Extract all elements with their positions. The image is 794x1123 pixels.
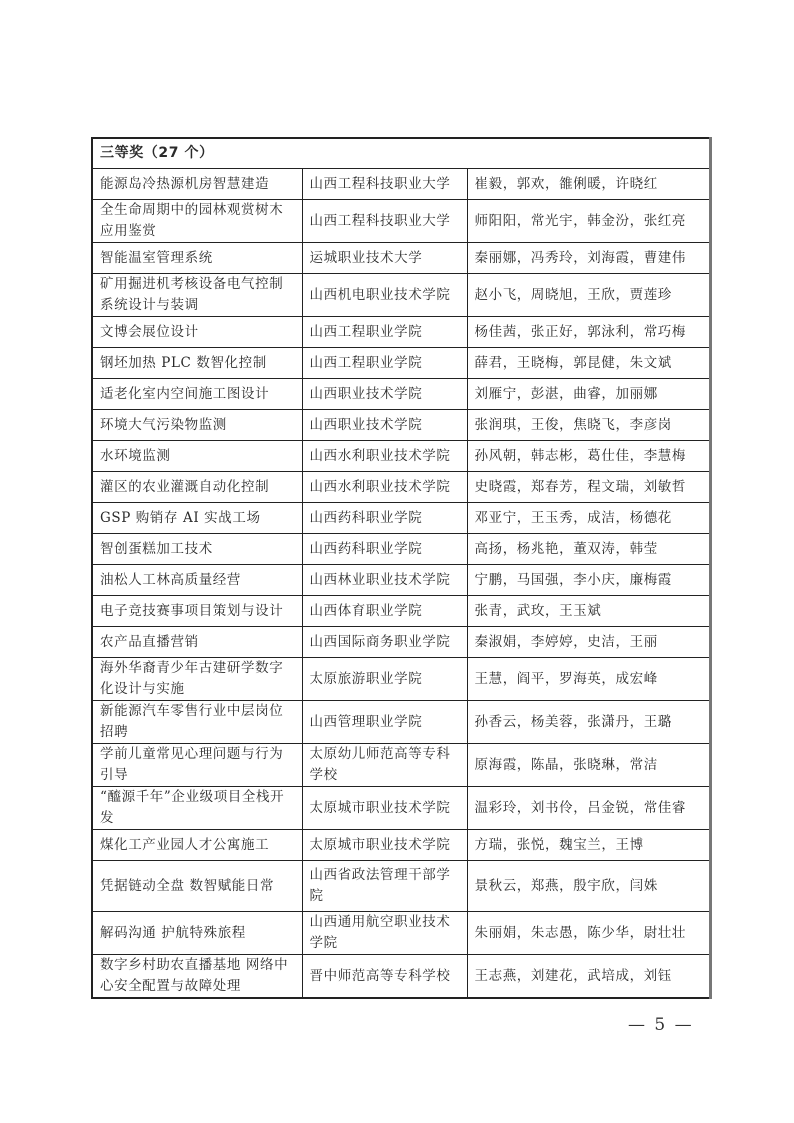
team-members-cell: 孙香云，杨美蓉，张潇丹，王璐: [467, 701, 710, 744]
team-members-cell: 温彩玲，刘书伶，吕金锐，常佳睿: [467, 787, 710, 830]
project-name-cell: 新能源汽车零售行业中层岗位招聘: [92, 701, 302, 744]
project-name-cell: 矿用掘进机考核设备电气控制系统设计与装调: [92, 274, 302, 317]
table-row: 环境大气污染物监测山西职业技术学院张润琪，王俊，焦晓飞，李彦岗: [92, 410, 710, 441]
team-members-cell: 朱丽娟，朱志愚，陈少华，尉壮壮: [467, 912, 710, 955]
team-members-cell: 方瑞，张悦，魏宝兰，王博: [467, 830, 710, 861]
team-members-cell: 景秋云，郑燕，殷宇欣，闫姝: [467, 861, 710, 912]
school-name-cell: 山西国际商务职业学院: [302, 627, 467, 658]
school-name-cell: 山西管理职业学院: [302, 701, 467, 744]
project-name-cell: 智创蛋糕加工技术: [92, 534, 302, 565]
team-members-cell: 刘雁宁，彭湛，曲睿，加丽娜: [467, 379, 710, 410]
project-name-cell: 学前儿童常见心理问题与行为引导: [92, 744, 302, 787]
table-row: 水环境监测山西水利职业技术学院孙风朝，韩志彬，葛仕佳，李慧梅: [92, 441, 710, 472]
section-title: 三等奖（27 个）: [92, 138, 710, 169]
team-members-cell: 杨佳茜，张正好，郭泳利，常巧梅: [467, 317, 710, 348]
project-name-cell: 灌区的农业灌溉自动化控制: [92, 472, 302, 503]
table-row: 全生命周期中的园林观赏树木应用鉴赏山西工程科技职业大学师阳阳，常光宇，韩金汾，张…: [92, 200, 710, 243]
school-name-cell: 山西职业技术学院: [302, 410, 467, 441]
table-row: 矿用掘进机考核设备电气控制系统设计与装调山西机电职业技术学院赵小飞，周晓旭，王欣…: [92, 274, 710, 317]
table-row: 文博会展位设计山西工程职业学院杨佳茜，张正好，郭泳利，常巧梅: [92, 317, 710, 348]
school-name-cell: 山西工程职业学院: [302, 317, 467, 348]
table-row: 学前儿童常见心理问题与行为引导太原幼儿师范高等专科学校原海霞，陈晶，张晓琳，常洁: [92, 744, 710, 787]
project-name-cell: 文博会展位设计: [92, 317, 302, 348]
school-name-cell: 太原城市职业技术学院: [302, 830, 467, 861]
team-members-cell: 薛君，王晓梅，郭昆健，朱文斌: [467, 348, 710, 379]
project-name-cell: 钢坯加热 PLC 数智化控制: [92, 348, 302, 379]
school-name-cell: 山西工程科技职业大学: [302, 169, 467, 200]
team-members-cell: 师阳阳，常光宇，韩金汾，张红亮: [467, 200, 710, 243]
project-name-cell: 油松人工林高质量经营: [92, 565, 302, 596]
table-row: 解码沟通 护航特殊旅程山西通用航空职业技术学院朱丽娟，朱志愚，陈少华，尉壮壮: [92, 912, 710, 955]
section-header-row: 三等奖（27 个）: [92, 138, 710, 169]
project-name-cell: 环境大气污染物监测: [92, 410, 302, 441]
project-name-cell: 全生命周期中的园林观赏树木应用鉴赏: [92, 200, 302, 243]
table-row: “醯源千年”企业级项目全栈开发太原城市职业技术学院温彩玲，刘书伶，吕金锐，常佳睿: [92, 787, 710, 830]
team-members-cell: 秦丽娜，冯秀玲，刘海霞，曹建伟: [467, 243, 710, 274]
school-name-cell: 太原城市职业技术学院: [302, 787, 467, 830]
school-name-cell: 山西药科职业学院: [302, 534, 467, 565]
team-members-cell: 高扬，杨兆艳，董双涛，韩莹: [467, 534, 710, 565]
page-number: — 5 —: [628, 1015, 694, 1035]
team-members-cell: 宁鹏，马国强，李小庆，廉梅霞: [467, 565, 710, 596]
project-name-cell: 煤化工产业园人才公寓施工: [92, 830, 302, 861]
school-name-cell: 运城职业技术大学: [302, 243, 467, 274]
team-members-cell: 原海霞，陈晶，张晓琳，常洁: [467, 744, 710, 787]
school-name-cell: 山西林业职业技术学院: [302, 565, 467, 596]
school-name-cell: 山西工程职业学院: [302, 348, 467, 379]
team-members-cell: 邓亚宁，王玉秀，成洁，杨德花: [467, 503, 710, 534]
project-name-cell: 电子竞技赛事项目策划与设计: [92, 596, 302, 627]
table-row: 煤化工产业园人才公寓施工太原城市职业技术学院方瑞，张悦，魏宝兰，王博: [92, 830, 710, 861]
school-name-cell: 山西工程科技职业大学: [302, 200, 467, 243]
table-row: 新能源汽车零售行业中层岗位招聘山西管理职业学院孙香云，杨美蓉，张潇丹，王璐: [92, 701, 710, 744]
school-name-cell: 山西水利职业技术学院: [302, 441, 467, 472]
table-row: 凭据链动全盘 数智赋能日常山西省政法管理干部学院景秋云，郑燕，殷宇欣，闫姝: [92, 861, 710, 912]
table-row: GSP 购销存 AI 实战工场山西药科职业学院邓亚宁，王玉秀，成洁，杨德花: [92, 503, 710, 534]
school-name-cell: 太原旅游职业学院: [302, 658, 467, 701]
school-name-cell: 山西体育职业学院: [302, 596, 467, 627]
team-members-cell: 张润琪，王俊，焦晓飞，李彦岗: [467, 410, 710, 441]
table-row: 适老化室内空间施工图设计山西职业技术学院刘雁宁，彭湛，曲睿，加丽娜: [92, 379, 710, 410]
table-row: 智能温室管理系统运城职业技术大学秦丽娜，冯秀玲，刘海霞，曹建伟: [92, 243, 710, 274]
school-name-cell: 晋中师范高等专科学校: [302, 955, 467, 999]
project-name-cell: “醯源千年”企业级项目全栈开发: [92, 787, 302, 830]
table-row: 海外华裔青少年古建研学数字化设计与实施太原旅游职业学院王慧，阎平，罗海英，成宏峰: [92, 658, 710, 701]
project-name-cell: 适老化室内空间施工图设计: [92, 379, 302, 410]
school-name-cell: 山西机电职业技术学院: [302, 274, 467, 317]
third-prize-table: 三等奖（27 个） 能源岛冷热源机房智慧建造山西工程科技职业大学崔毅，郭欢，雒俐…: [91, 137, 712, 999]
project-name-cell: 农产品直播营销: [92, 627, 302, 658]
school-name-cell: 山西水利职业技术学院: [302, 472, 467, 503]
school-name-cell: 山西职业技术学院: [302, 379, 467, 410]
table-row: 灌区的农业灌溉自动化控制山西水利职业技术学院史晓霞，郑春芳，程文瑞，刘敏哲: [92, 472, 710, 503]
school-name-cell: 山西通用航空职业技术学院: [302, 912, 467, 955]
team-members-cell: 崔毅，郭欢，雒俐暖，许晓红: [467, 169, 710, 200]
table-row: 电子竞技赛事项目策划与设计山西体育职业学院张青，武玫，王玉斌: [92, 596, 710, 627]
table-row: 钢坯加热 PLC 数智化控制山西工程职业学院薛君，王晓梅，郭昆健，朱文斌: [92, 348, 710, 379]
school-name-cell: 太原幼儿师范高等专科学校: [302, 744, 467, 787]
team-members-cell: 史晓霞，郑春芳，程文瑞，刘敏哲: [467, 472, 710, 503]
table-row: 能源岛冷热源机房智慧建造山西工程科技职业大学崔毅，郭欢，雒俐暖，许晓红: [92, 169, 710, 200]
team-members-cell: 赵小飞，周晓旭，王欣，贾莲珍: [467, 274, 710, 317]
team-members-cell: 孙风朝，韩志彬，葛仕佳，李慧梅: [467, 441, 710, 472]
team-members-cell: 王志燕，刘建花，武培成，刘钰: [467, 955, 710, 999]
table-row: 数字乡村助农直播基地 网络中心安全配置与故障处理晋中师范高等专科学校王志燕，刘建…: [92, 955, 710, 999]
project-name-cell: 海外华裔青少年古建研学数字化设计与实施: [92, 658, 302, 701]
school-name-cell: 山西药科职业学院: [302, 503, 467, 534]
project-name-cell: 解码沟通 护航特殊旅程: [92, 912, 302, 955]
project-name-cell: GSP 购销存 AI 实战工场: [92, 503, 302, 534]
team-members-cell: 张青，武玫，王玉斌: [467, 596, 710, 627]
school-name-cell: 山西省政法管理干部学院: [302, 861, 467, 912]
project-name-cell: 凭据链动全盘 数智赋能日常: [92, 861, 302, 912]
project-name-cell: 智能温室管理系统: [92, 243, 302, 274]
project-name-cell: 水环境监测: [92, 441, 302, 472]
team-members-cell: 秦淑娟，李婷婷，史洁，王丽: [467, 627, 710, 658]
project-name-cell: 数字乡村助农直播基地 网络中心安全配置与故障处理: [92, 955, 302, 999]
table-row: 农产品直播营销山西国际商务职业学院秦淑娟，李婷婷，史洁，王丽: [92, 627, 710, 658]
table-row: 油松人工林高质量经营山西林业职业技术学院宁鹏，马国强，李小庆，廉梅霞: [92, 565, 710, 596]
team-members-cell: 王慧，阎平，罗海英，成宏峰: [467, 658, 710, 701]
table-row: 智创蛋糕加工技术山西药科职业学院高扬，杨兆艳，董双涛，韩莹: [92, 534, 710, 565]
project-name-cell: 能源岛冷热源机房智慧建造: [92, 169, 302, 200]
